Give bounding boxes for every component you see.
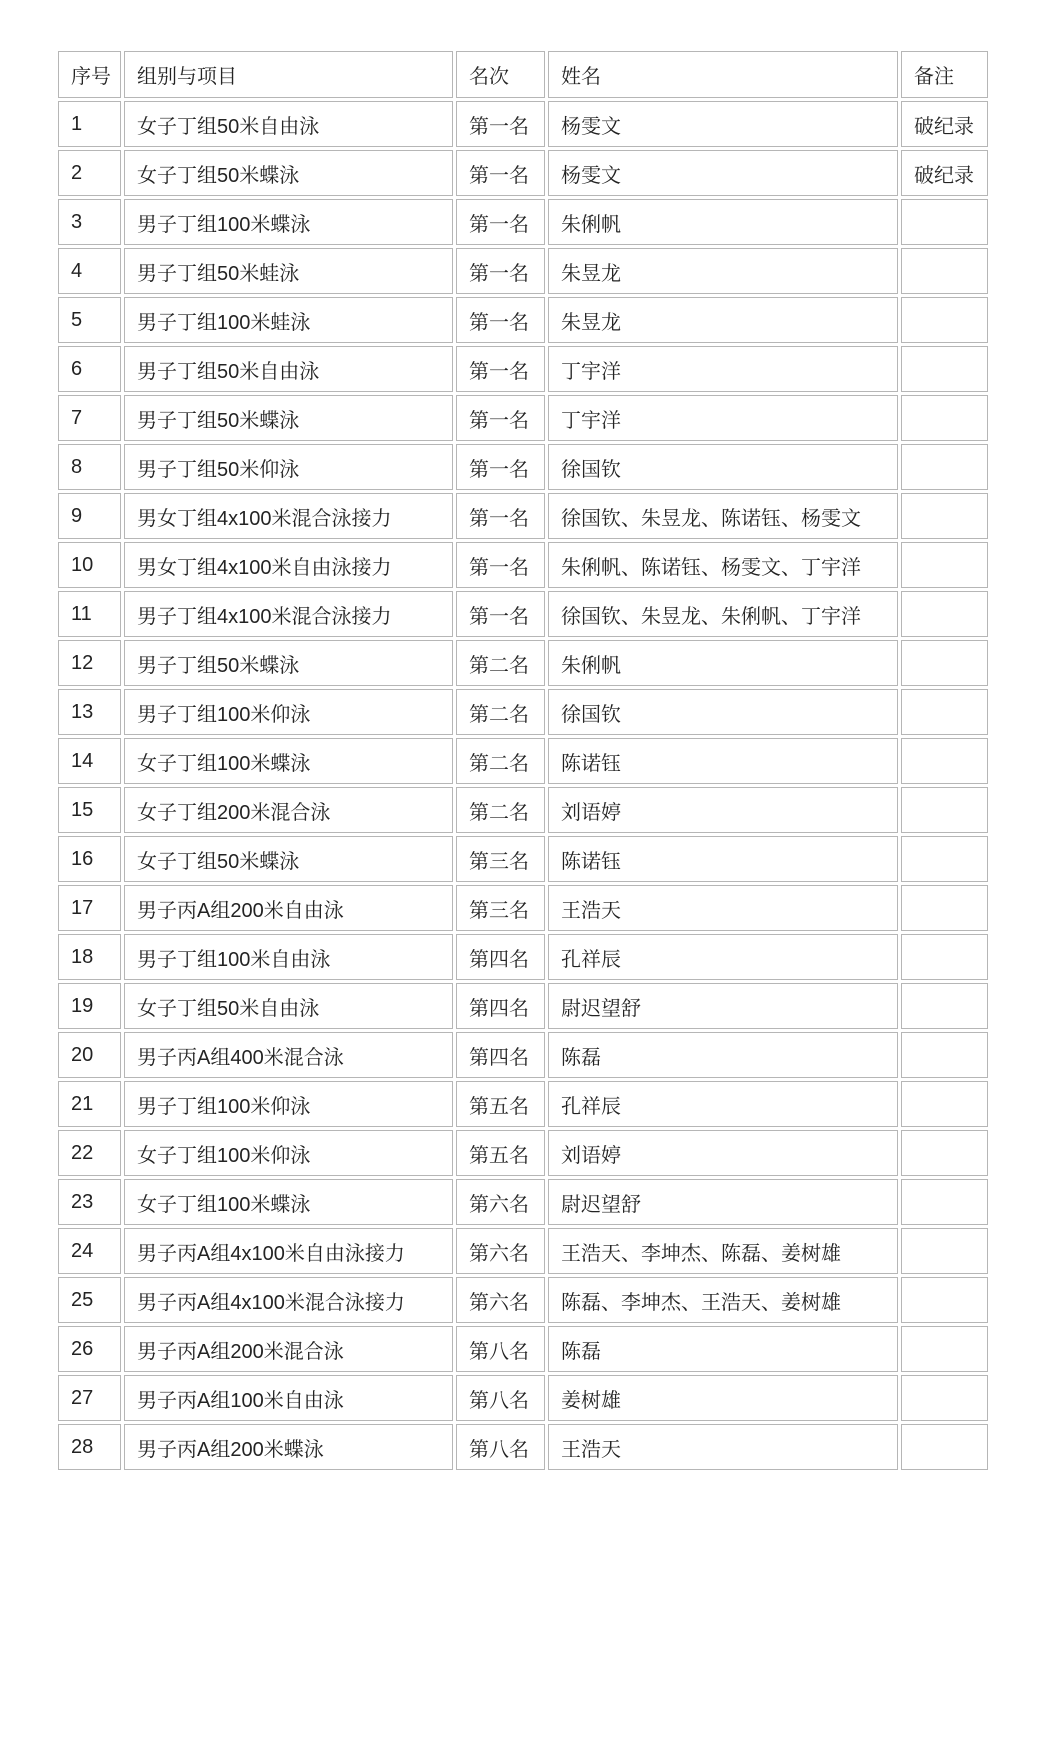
cell-index: 22 — [58, 1130, 121, 1176]
cell-index: 2 — [58, 150, 121, 196]
table-row: 27男子丙A组100米自由泳第八名姜树雄 — [58, 1375, 988, 1421]
cell-remark: 破纪录 — [901, 150, 988, 196]
cell-index: 15 — [58, 787, 121, 833]
cell-event: 男子丁组100米仰泳 — [124, 1081, 453, 1127]
cell-remark — [901, 346, 988, 392]
cell-index: 9 — [58, 493, 121, 539]
table-row: 7男子丁组50米蝶泳第一名丁宇洋 — [58, 395, 988, 441]
cell-rank: 第二名 — [456, 787, 545, 833]
cell-name: 杨雯文 — [548, 101, 898, 147]
cell-rank: 第六名 — [456, 1179, 545, 1225]
table-row: 23女子丁组100米蝶泳第六名尉迟望舒 — [58, 1179, 988, 1225]
cell-name: 王浩天 — [548, 885, 898, 931]
cell-event: 男子丁组50米仰泳 — [124, 444, 453, 490]
cell-index: 27 — [58, 1375, 121, 1421]
cell-name: 朱俐帆 — [548, 640, 898, 686]
cell-name: 朱昱龙 — [548, 297, 898, 343]
cell-rank: 第五名 — [456, 1130, 545, 1176]
cell-rank: 第三名 — [456, 836, 545, 882]
cell-name: 刘语婷 — [548, 1130, 898, 1176]
cell-remark — [901, 248, 988, 294]
cell-index: 14 — [58, 738, 121, 784]
table-row: 5男子丁组100米蛙泳第一名朱昱龙 — [58, 297, 988, 343]
table-row: 18男子丁组100米自由泳第四名孔祥辰 — [58, 934, 988, 980]
cell-index: 23 — [58, 1179, 121, 1225]
cell-name: 姜树雄 — [548, 1375, 898, 1421]
cell-name: 孔祥辰 — [548, 934, 898, 980]
table-row: 13男子丁组100米仰泳第二名徐国钦 — [58, 689, 988, 735]
cell-remark — [901, 1081, 988, 1127]
cell-name: 朱俐帆 — [548, 199, 898, 245]
table-row: 1女子丁组50米自由泳第一名杨雯文破纪录 — [58, 101, 988, 147]
cell-rank: 第一名 — [456, 248, 545, 294]
cell-event: 女子丁组100米蝶泳 — [124, 1179, 453, 1225]
cell-name: 刘语婷 — [548, 787, 898, 833]
cell-event: 男子丙A组100米自由泳 — [124, 1375, 453, 1421]
cell-index: 4 — [58, 248, 121, 294]
cell-rank: 第三名 — [456, 885, 545, 931]
cell-event: 女子丁组50米自由泳 — [124, 101, 453, 147]
cell-event: 男子丁组100米蛙泳 — [124, 297, 453, 343]
table-row: 10男女丁组4x100米自由泳接力第一名朱俐帆、陈诺钰、杨雯文、丁宇洋 — [58, 542, 988, 588]
cell-remark — [901, 493, 988, 539]
cell-event: 女子丁组50米蝶泳 — [124, 150, 453, 196]
table-row: 8男子丁组50米仰泳第一名徐国钦 — [58, 444, 988, 490]
cell-rank: 第五名 — [456, 1081, 545, 1127]
cell-event: 女子丁组100米蝶泳 — [124, 738, 453, 784]
cell-rank: 第一名 — [456, 395, 545, 441]
cell-name: 陈磊 — [548, 1326, 898, 1372]
table-header: 序号组别与项目名次姓名备注 — [58, 51, 988, 98]
cell-remark — [901, 1228, 988, 1274]
results-table: 序号组别与项目名次姓名备注 1女子丁组50米自由泳第一名杨雯文破纪录2女子丁组5… — [55, 48, 991, 1473]
cell-index: 24 — [58, 1228, 121, 1274]
cell-event: 男子丁组50米蛙泳 — [124, 248, 453, 294]
cell-index: 12 — [58, 640, 121, 686]
cell-remark — [901, 1032, 988, 1078]
cell-rank: 第一名 — [456, 150, 545, 196]
cell-remark — [901, 640, 988, 686]
cell-remark — [901, 1326, 988, 1372]
table-row: 3男子丁组100米蝶泳第一名朱俐帆 — [58, 199, 988, 245]
cell-remark — [901, 1375, 988, 1421]
table-row: 11男子丁组4x100米混合泳接力第一名徐国钦、朱昱龙、朱俐帆、丁宇洋 — [58, 591, 988, 637]
cell-index: 7 — [58, 395, 121, 441]
column-header-index: 序号 — [58, 51, 121, 98]
cell-index: 21 — [58, 1081, 121, 1127]
table-row: 15女子丁组200米混合泳第二名刘语婷 — [58, 787, 988, 833]
cell-rank: 第八名 — [456, 1424, 545, 1470]
cell-rank: 第二名 — [456, 689, 545, 735]
column-header-name: 姓名 — [548, 51, 898, 98]
column-header-event: 组别与项目 — [124, 51, 453, 98]
table-row: 21男子丁组100米仰泳第五名孔祥辰 — [58, 1081, 988, 1127]
cell-name: 杨雯文 — [548, 150, 898, 196]
table-row: 9男女丁组4x100米混合泳接力第一名徐国钦、朱昱龙、陈诺钰、杨雯文 — [58, 493, 988, 539]
cell-remark — [901, 199, 988, 245]
cell-index: 10 — [58, 542, 121, 588]
cell-remark — [901, 591, 988, 637]
cell-rank: 第一名 — [456, 591, 545, 637]
cell-index: 1 — [58, 101, 121, 147]
cell-name: 尉迟望舒 — [548, 983, 898, 1029]
cell-name: 王浩天 — [548, 1424, 898, 1470]
cell-rank: 第一名 — [456, 101, 545, 147]
column-header-rank: 名次 — [456, 51, 545, 98]
table-row: 2女子丁组50米蝶泳第一名杨雯文破纪录 — [58, 150, 988, 196]
cell-index: 18 — [58, 934, 121, 980]
cell-name: 陈诺钰 — [548, 738, 898, 784]
cell-event: 男子丁组100米仰泳 — [124, 689, 453, 735]
table-row: 26男子丙A组200米混合泳第八名陈磊 — [58, 1326, 988, 1372]
cell-event: 女子丁组50米蝶泳 — [124, 836, 453, 882]
cell-index: 16 — [58, 836, 121, 882]
cell-remark — [901, 1130, 988, 1176]
cell-rank: 第六名 — [456, 1228, 545, 1274]
cell-rank: 第四名 — [456, 1032, 545, 1078]
cell-index: 11 — [58, 591, 121, 637]
table-row: 14女子丁组100米蝶泳第二名陈诺钰 — [58, 738, 988, 784]
cell-name: 王浩天、李坤杰、陈磊、姜树雄 — [548, 1228, 898, 1274]
cell-rank: 第二名 — [456, 640, 545, 686]
table-row: 25男子丙A组4x100米混合泳接力第六名陈磊、李坤杰、王浩天、姜树雄 — [58, 1277, 988, 1323]
cell-index: 19 — [58, 983, 121, 1029]
table-body: 1女子丁组50米自由泳第一名杨雯文破纪录2女子丁组50米蝶泳第一名杨雯文破纪录3… — [58, 101, 988, 1470]
cell-rank: 第一名 — [456, 542, 545, 588]
table-row: 4男子丁组50米蛙泳第一名朱昱龙 — [58, 248, 988, 294]
cell-remark — [901, 1277, 988, 1323]
cell-rank: 第四名 — [456, 983, 545, 1029]
cell-index: 20 — [58, 1032, 121, 1078]
cell-name: 陈磊、李坤杰、王浩天、姜树雄 — [548, 1277, 898, 1323]
cell-event: 女子丁组50米自由泳 — [124, 983, 453, 1029]
cell-remark — [901, 934, 988, 980]
cell-name: 丁宇洋 — [548, 395, 898, 441]
cell-remark — [901, 836, 988, 882]
table-row: 12男子丁组50米蝶泳第二名朱俐帆 — [58, 640, 988, 686]
cell-remark — [901, 1179, 988, 1225]
table-row: 19女子丁组50米自由泳第四名尉迟望舒 — [58, 983, 988, 1029]
cell-event: 男子丁组4x100米混合泳接力 — [124, 591, 453, 637]
cell-index: 25 — [58, 1277, 121, 1323]
cell-name: 丁宇洋 — [548, 346, 898, 392]
cell-event: 男子丙A组200米自由泳 — [124, 885, 453, 931]
cell-rank: 第一名 — [456, 199, 545, 245]
cell-index: 17 — [58, 885, 121, 931]
cell-event: 男子丁组50米蝶泳 — [124, 395, 453, 441]
cell-name: 陈诺钰 — [548, 836, 898, 882]
table-row: 20男子丙A组400米混合泳第四名陈磊 — [58, 1032, 988, 1078]
cell-index: 3 — [58, 199, 121, 245]
cell-remark — [901, 395, 988, 441]
cell-name: 尉迟望舒 — [548, 1179, 898, 1225]
cell-event: 男子丁组100米蝶泳 — [124, 199, 453, 245]
cell-event: 男子丙A组200米混合泳 — [124, 1326, 453, 1372]
cell-name: 朱俐帆、陈诺钰、杨雯文、丁宇洋 — [548, 542, 898, 588]
cell-name: 陈磊 — [548, 1032, 898, 1078]
cell-event: 男子丁组50米蝶泳 — [124, 640, 453, 686]
cell-event: 男子丙A组400米混合泳 — [124, 1032, 453, 1078]
cell-event: 男女丁组4x100米自由泳接力 — [124, 542, 453, 588]
page: 序号组别与项目名次姓名备注 1女子丁组50米自由泳第一名杨雯文破纪录2女子丁组5… — [0, 0, 1048, 1764]
column-header-remark: 备注 — [901, 51, 988, 98]
cell-remark — [901, 542, 988, 588]
header-row: 序号组别与项目名次姓名备注 — [58, 51, 988, 98]
cell-event: 男子丁组50米自由泳 — [124, 346, 453, 392]
table-row: 28男子丙A组200米蝶泳第八名王浩天 — [58, 1424, 988, 1470]
cell-name: 徐国钦 — [548, 689, 898, 735]
cell-rank: 第二名 — [456, 738, 545, 784]
cell-remark: 破纪录 — [901, 101, 988, 147]
cell-rank: 第八名 — [456, 1326, 545, 1372]
table-row: 22女子丁组100米仰泳第五名刘语婷 — [58, 1130, 988, 1176]
table-row: 17男子丙A组200米自由泳第三名王浩天 — [58, 885, 988, 931]
table-row: 16女子丁组50米蝶泳第三名陈诺钰 — [58, 836, 988, 882]
cell-name: 徐国钦、朱昱龙、陈诺钰、杨雯文 — [548, 493, 898, 539]
cell-name: 徐国钦、朱昱龙、朱俐帆、丁宇洋 — [548, 591, 898, 637]
table-row: 6男子丁组50米自由泳第一名丁宇洋 — [58, 346, 988, 392]
table-row: 24男子丙A组4x100米自由泳接力第六名王浩天、李坤杰、陈磊、姜树雄 — [58, 1228, 988, 1274]
cell-remark — [901, 885, 988, 931]
cell-index: 6 — [58, 346, 121, 392]
cell-rank: 第一名 — [456, 444, 545, 490]
cell-rank: 第一名 — [456, 297, 545, 343]
cell-event: 男子丁组100米自由泳 — [124, 934, 453, 980]
cell-event: 男子丙A组4x100米自由泳接力 — [124, 1228, 453, 1274]
cell-rank: 第一名 — [456, 346, 545, 392]
cell-event: 男女丁组4x100米混合泳接力 — [124, 493, 453, 539]
cell-remark — [901, 787, 988, 833]
cell-rank: 第八名 — [456, 1375, 545, 1421]
cell-event: 男子丙A组4x100米混合泳接力 — [124, 1277, 453, 1323]
cell-remark — [901, 1424, 988, 1470]
cell-rank: 第一名 — [456, 493, 545, 539]
cell-name: 孔祥辰 — [548, 1081, 898, 1127]
cell-remark — [901, 738, 988, 784]
cell-name: 朱昱龙 — [548, 248, 898, 294]
cell-index: 13 — [58, 689, 121, 735]
cell-rank: 第六名 — [456, 1277, 545, 1323]
cell-remark — [901, 689, 988, 735]
cell-remark — [901, 297, 988, 343]
cell-remark — [901, 444, 988, 490]
cell-remark — [901, 983, 988, 1029]
cell-rank: 第四名 — [456, 934, 545, 980]
cell-index: 8 — [58, 444, 121, 490]
cell-event: 男子丙A组200米蝶泳 — [124, 1424, 453, 1470]
cell-index: 5 — [58, 297, 121, 343]
cell-event: 女子丁组200米混合泳 — [124, 787, 453, 833]
cell-index: 26 — [58, 1326, 121, 1372]
cell-event: 女子丁组100米仰泳 — [124, 1130, 453, 1176]
cell-name: 徐国钦 — [548, 444, 898, 490]
cell-index: 28 — [58, 1424, 121, 1470]
